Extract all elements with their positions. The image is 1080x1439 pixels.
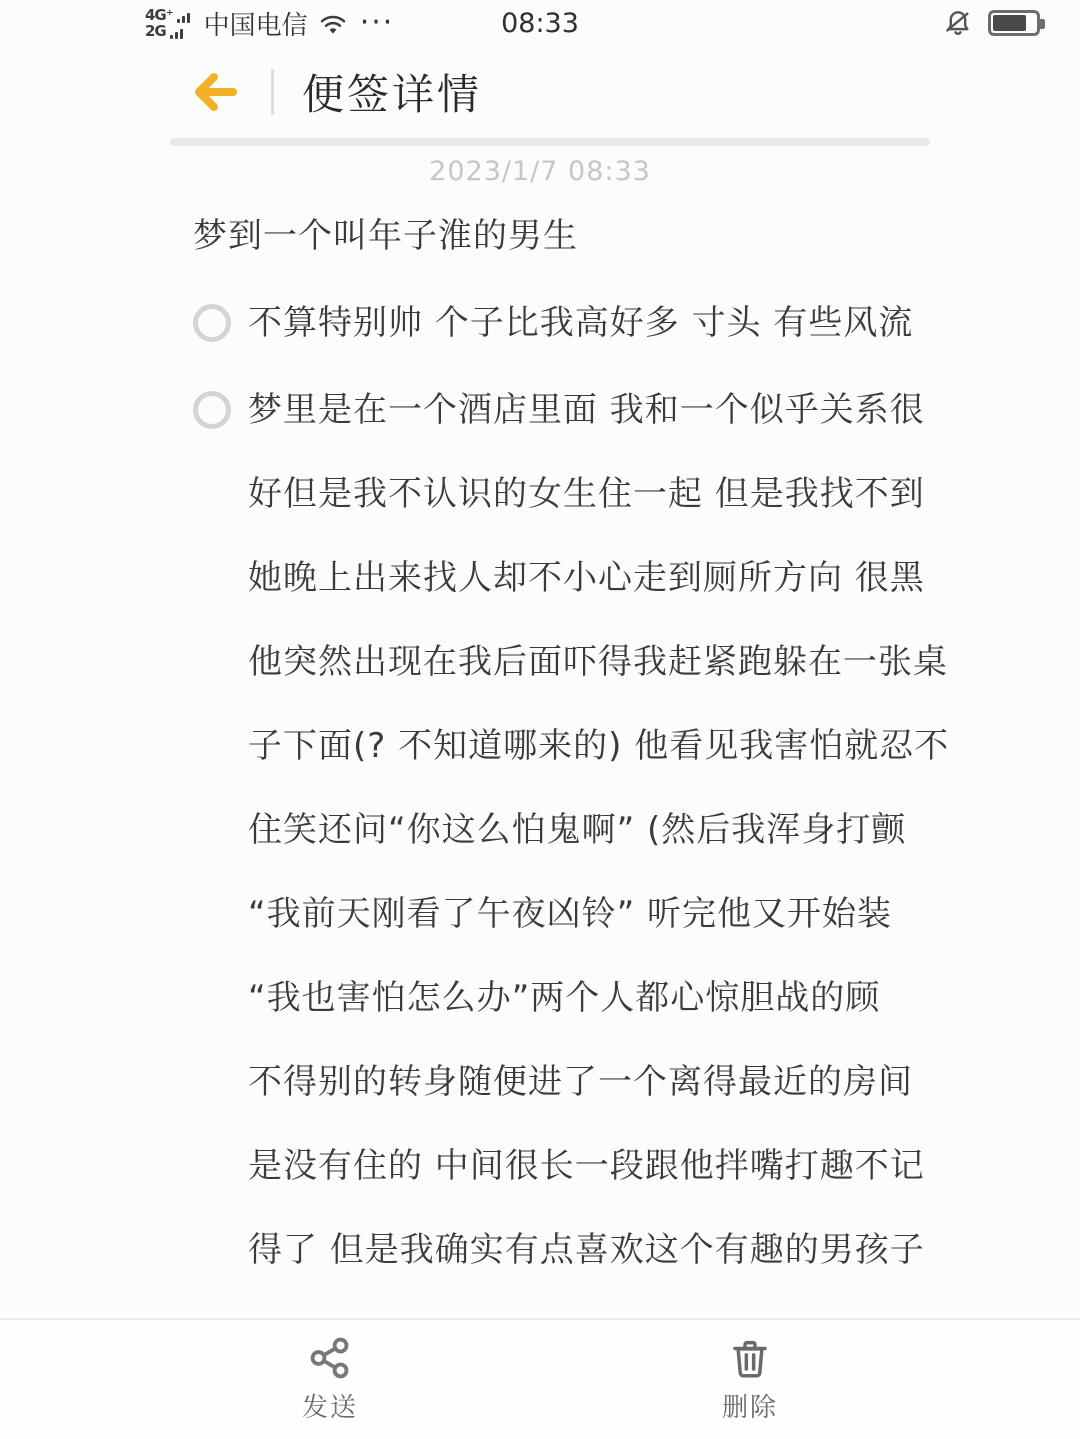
- checklist-item-text: “我前天刚看了午夜凶铃” 听完他又开始装: [248, 872, 960, 956]
- status-bar: 4G⁺ 2G 中国电信 ··· 08:33: [0, 0, 1080, 46]
- checklist-item-text: 好但是我不认识的女生住一起 但是我找不到: [248, 452, 960, 536]
- status-right: [942, 7, 1040, 39]
- checklist-item: 不算特别帅 个子比我高好多 寸头 有些风流: [193, 281, 960, 365]
- delete-label: 删除: [722, 1387, 778, 1424]
- note-body: 梦到一个叫年子淮的男生 不算特别帅 个子比我高好多 寸头 有些风流 梦里是在一个…: [193, 194, 960, 1292]
- checklist-item-text: 不得别的转身随便进了一个离得最近的房间: [248, 1040, 960, 1124]
- checklist-item-text: 得了 但是我确实有点喜欢这个有趣的男孩子: [248, 1208, 960, 1292]
- checklist-item-text: 他突然出现在我后面吓得我赶紧跑躲在一张桌: [248, 620, 960, 704]
- phone-screen: 4G⁺ 2G 中国电信 ··· 08:33: [0, 0, 1080, 1439]
- app-header: 便签详情: [0, 46, 1080, 138]
- checklist-item-text: 是没有住的 中间很长一段跟他拌嘴打趣不记: [248, 1124, 960, 1208]
- dual-sim-indicator: 4G⁺ 2G: [145, 7, 190, 39]
- send-label: 发送: [302, 1387, 358, 1424]
- checkbox-unchecked[interactable]: [193, 304, 231, 342]
- checkbox-unchecked[interactable]: [193, 391, 231, 429]
- checklist-item-text: “我也害怕怎么办”两个人都心惊胆战的顾: [248, 956, 960, 1040]
- page-title: 便签详情: [302, 62, 482, 122]
- carrier-name: 中国电信: [204, 5, 308, 42]
- checklist-item-text: 住笑还问“你这么怕鬼啊” (然后我浑身打颤: [248, 788, 960, 872]
- mute-bell-icon: [942, 7, 974, 39]
- status-left: 4G⁺ 2G 中国电信 ···: [145, 5, 942, 42]
- note-top-separator: [170, 138, 930, 146]
- battery-icon: [988, 10, 1040, 36]
- send-button[interactable]: 发送: [270, 1335, 390, 1424]
- share-icon: [307, 1335, 353, 1381]
- checklist-item-text: 梦里是在一个酒店里面 我和一个似乎关系很: [248, 368, 960, 452]
- sim1-signal-icon: [177, 13, 190, 23]
- wifi-icon: [318, 10, 348, 36]
- checklist-item-text: 不算特别帅 个子比我高好多 寸头 有些风流: [248, 281, 960, 365]
- sim2-network-label: 2G: [145, 24, 166, 39]
- checklist-item: 梦里是在一个酒店里面 我和一个似乎关系很 好但是我不认识的女生住一起 但是我找不…: [193, 368, 960, 1292]
- header-divider: [271, 69, 274, 115]
- sim2-signal-icon: [170, 29, 183, 39]
- trash-icon: [728, 1335, 772, 1381]
- back-button[interactable]: [193, 70, 237, 114]
- checklist-item-text: 子下面(? 不知道哪来的) 他看见我害怕就忍不: [248, 704, 960, 788]
- checklist-item-text: 她晚上出来找人却不小心走到厕所方向 很黑: [248, 536, 960, 620]
- bottom-toolbar: 发送 删除: [0, 1318, 1080, 1439]
- note-datetime: 2023/1/7 08:33: [0, 156, 1080, 187]
- delete-button[interactable]: 删除: [690, 1335, 810, 1424]
- more-dots-indicator: ···: [360, 18, 395, 28]
- note-title-line: 梦到一个叫年子淮的男生: [193, 194, 960, 278]
- back-arrow-icon: [193, 72, 237, 112]
- sim1-network-label: 4G⁺: [145, 8, 173, 23]
- note-content-area[interactable]: 2023/1/7 08:33 梦到一个叫年子淮的男生 不算特别帅 个子比我高好多…: [0, 138, 1080, 1318]
